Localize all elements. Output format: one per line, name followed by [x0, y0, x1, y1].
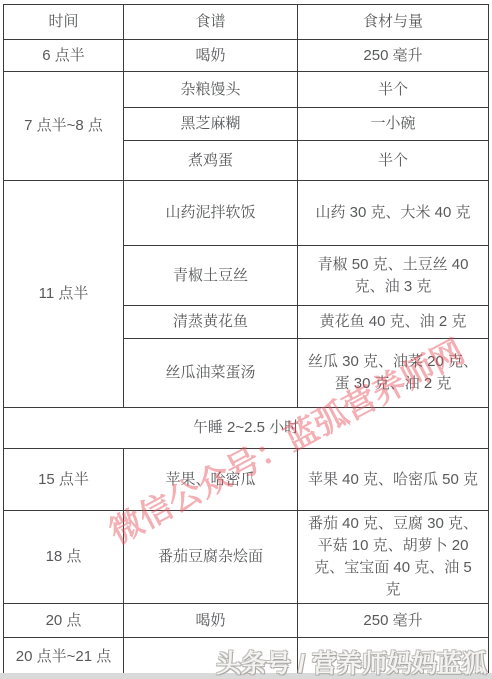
recipe-cell: 喝奶	[124, 604, 298, 638]
amount-cell: 250 毫升	[298, 40, 489, 72]
amount-cell: 黄花鱼 40 克、油 2 克	[298, 306, 489, 339]
table-row: 11 点半 山药泥拌软饭 山药 30 克、大米 40 克	[4, 181, 489, 246]
recipe-cell: 喝奶	[124, 40, 298, 72]
recipe-cell: 苹果、哈密瓜	[124, 449, 298, 511]
header-amount: 食材与量	[298, 5, 489, 40]
time-cell: 15 点半	[4, 449, 124, 511]
recipe-cell	[124, 638, 298, 676]
time-cell: 18 点	[4, 511, 124, 604]
time-cell: 11 点半	[4, 181, 124, 408]
header-time: 时间	[4, 5, 124, 40]
amount-cell: 番茄 40 克、豆腐 30 克、平菇 10 克、胡萝卜 20 克、宝宝面 40 …	[298, 511, 489, 604]
amount-cell: 山药 30 克、大米 40 克	[298, 181, 489, 246]
amount-cell: 青椒 50 克、土豆丝 40 克、油 3 克	[298, 246, 489, 306]
amount-cell: 苹果 40 克、哈密瓜 50 克	[298, 449, 489, 511]
amount-cell: 一小碗	[298, 108, 489, 141]
table-row: 7 点半~8 点 杂粮馒头 半个	[4, 72, 489, 108]
recipe-cell: 青椒土豆丝	[124, 246, 298, 306]
table-row: 20 点半~21 点	[4, 638, 489, 676]
table-row: 6 点半 喝奶 250 毫升	[4, 40, 489, 72]
nap-row: 午睡 2~2.5 小时	[4, 408, 489, 449]
recipe-cell: 黑芝麻糊	[124, 108, 298, 141]
header-row: 时间 食谱 食材与量	[4, 5, 489, 40]
amount-cell: 半个	[298, 141, 489, 181]
recipe-cell: 丝瓜油菜蛋汤	[124, 339, 298, 408]
meal-schedule-table: 时间 食谱 食材与量 6 点半 喝奶 250 毫升 7 点半~8 点 杂粮馒头 …	[3, 4, 489, 676]
amount-cell: 丝瓜 30 克、油菜 20 克、蛋 30 克、油 2 克	[298, 339, 489, 408]
recipe-cell: 煮鸡蛋	[124, 141, 298, 181]
table-row: 18 点 番茄豆腐杂烩面 番茄 40 克、豆腐 30 克、平菇 10 克、胡萝卜…	[4, 511, 489, 604]
recipe-cell: 清蒸黄花鱼	[124, 306, 298, 339]
recipe-cell: 山药泥拌软饭	[124, 181, 298, 246]
screenshot-root: 时间 食谱 食材与量 6 点半 喝奶 250 毫升 7 点半~8 点 杂粮馒头 …	[0, 0, 492, 679]
time-cell: 7 点半~8 点	[4, 72, 124, 181]
recipe-cell: 杂粮馒头	[124, 72, 298, 108]
time-cell: 20 点半~21 点	[4, 638, 124, 676]
amount-cell: 250 毫升	[298, 604, 489, 638]
header-recipe: 食谱	[124, 5, 298, 40]
table-row: 15 点半 苹果、哈密瓜 苹果 40 克、哈密瓜 50 克	[4, 449, 489, 511]
amount-cell: 半个	[298, 72, 489, 108]
time-cell: 20 点	[4, 604, 124, 638]
time-cell: 6 点半	[4, 40, 124, 72]
nap-cell: 午睡 2~2.5 小时	[4, 408, 489, 449]
amount-cell	[298, 638, 489, 676]
table-row: 20 点 喝奶 250 毫升	[4, 604, 489, 638]
bottom-gray-strip	[0, 673, 492, 679]
recipe-cell: 番茄豆腐杂烩面	[124, 511, 298, 604]
